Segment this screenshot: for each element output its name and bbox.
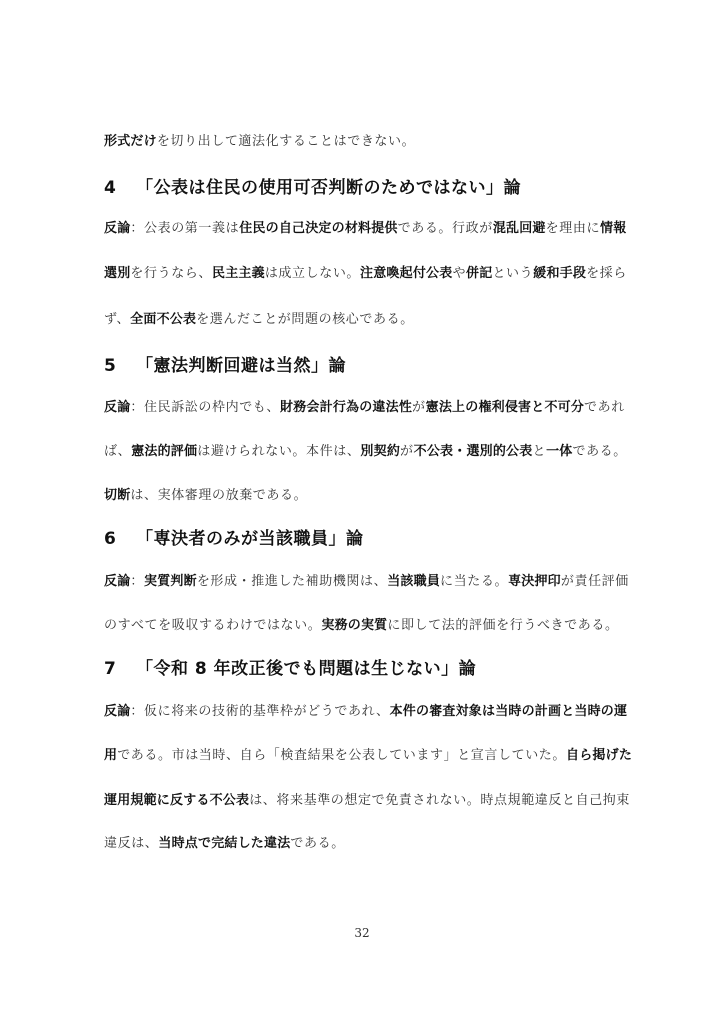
body-text: は、将来基準の想定で免責されない。時点規範違反と自己拘束 <box>249 793 630 808</box>
emphasis-text: 一体 <box>546 444 572 459</box>
section-number: 6 <box>104 529 136 549</box>
section-title: 「憲法判断回避は当然」論 <box>136 356 346 376</box>
body-text: ず、 <box>104 312 130 327</box>
section-heading-7: 7「令和 8 年改正後でも問題は生じない」論 <box>104 659 476 679</box>
emphasis-text: 別契約 <box>360 444 400 459</box>
emphasis-text: 民主主義 <box>212 266 265 281</box>
body-text: を理由に <box>546 221 600 236</box>
emphasis-text: 選別 <box>104 266 130 281</box>
body-text: ：仮に将来の技術的基準枠がどうであれ、 <box>130 704 389 719</box>
body-text: のすべてを吸収するわけではない。 <box>104 618 321 633</box>
body-line: 運用規範に反する不公表は、将来基準の想定で免責されない。時点規範違反と自己拘束 <box>104 793 624 809</box>
emphasis-text: 反論 <box>104 400 130 415</box>
emphasis-text: 反論 <box>104 574 130 589</box>
emphasis-text: 憲法的評価 <box>131 444 197 459</box>
body-text: や <box>452 266 466 281</box>
section-number: 4 <box>104 178 136 198</box>
emphasis-text: 不公表・選別的公表 <box>414 444 533 459</box>
body-text: が <box>400 444 414 459</box>
intro-line: 形式だけを切り出して適法化することはできない。 <box>104 134 624 150</box>
emphasis-text: 専決押印 <box>508 574 561 589</box>
body-text: である。 <box>290 836 344 851</box>
body-text: である。行政が <box>398 221 493 236</box>
emphasis-text: 当時点で完結した違法 <box>158 836 290 851</box>
body-text: と <box>532 444 546 459</box>
emphasis-text: 併記 <box>466 266 492 281</box>
body-line: ず、全面不公表を選んだことが問題の核心である。 <box>104 312 624 328</box>
body-text: を採ら <box>586 266 627 281</box>
section-number: 7 <box>104 659 136 679</box>
emphasis-text: 注意喚起付公表 <box>360 266 452 281</box>
emphasis-text: 反論 <box>104 221 130 236</box>
section-heading-6: 6「専決者のみが当該職員」論 <box>104 529 364 549</box>
body-text: ：公表の第一義は <box>130 221 239 236</box>
emphasis-text: 形式だけ <box>104 134 157 149</box>
emphasis-text: 全面不公表 <box>130 312 196 327</box>
body-line: 反論：住民訴訟の枠内でも、財務会計行為の違法性が憲法上の権利侵害と不可分であれ <box>104 400 624 416</box>
body-line: 選別を行うなら、民主主義は成立しない。注意喚起付公表や併記という緩和手段を採ら <box>104 266 624 282</box>
body-line: のすべてを吸収するわけではない。実務の実質に即して法的評価を行うべきである。 <box>104 618 624 634</box>
body-text: を行うなら、 <box>130 266 212 281</box>
emphasis-text: 情報 <box>600 221 626 236</box>
emphasis-text: 緩和手段 <box>533 266 586 281</box>
emphasis-text: 実務の実質 <box>321 618 387 633</box>
emphasis-text: 本件の審査対象は当時の計画と当時の運 <box>390 704 628 719</box>
emphasis-text: 当該職員 <box>387 574 440 589</box>
section-title: 「令和 8 年改正後でも問題は生じない」論 <box>136 659 476 679</box>
body-text: ：住民訴訟の枠内でも、 <box>130 400 280 415</box>
body-text: に当たる。 <box>440 574 508 589</box>
body-text: を切り出して適法化することはできない。 <box>157 134 415 149</box>
body-text: は、実体審理の放棄である。 <box>130 488 307 503</box>
body-text: という <box>492 266 533 281</box>
section-title: 「専決者のみが当該職員」論 <box>136 529 364 549</box>
body-text: に即して法的評価を行うべきである。 <box>387 618 618 633</box>
emphasis-text: 実質判断 <box>144 574 197 589</box>
body-text: は避けられない。本件は、 <box>197 444 360 459</box>
body-text: を選んだことが問題の核心である。 <box>196 312 414 327</box>
emphasis-text: 反論 <box>104 704 130 719</box>
body-text: である。 <box>572 444 626 459</box>
body-line: 違反は、当時点で完結した違法である。 <box>104 836 624 852</box>
emphasis-text: 混乱回避 <box>493 221 546 236</box>
body-text: が責任評価 <box>561 574 629 589</box>
body-text: であれ <box>584 400 625 415</box>
body-line: 反論：仮に将来の技術的基準枠がどうであれ、本件の審査対象は当時の計画と当時の運 <box>104 704 624 720</box>
body-text: を形成・推進した補助機関は、 <box>197 574 387 589</box>
body-line: 反論：公表の第一義は住民の自己決定の材料提供である。行政が混乱回避を理由に情報 <box>104 221 624 237</box>
emphasis-text: 切断 <box>104 488 130 503</box>
body-text: ： <box>130 574 144 589</box>
body-line: 反論：実質判断を形成・推進した補助機関は、当該職員に当たる。専決押印が責任評価 <box>104 574 624 590</box>
page-number: 32 <box>0 926 724 940</box>
section-heading-4: 4「公表は住民の使用可否判断のためではない」論 <box>104 178 521 198</box>
body-line: 用である。市は当時、自ら「検査結果を公表しています」と宣言していた。自ら掲げた <box>104 748 624 764</box>
section-heading-5: 5「憲法判断回避は当然」論 <box>104 356 346 376</box>
body-text: である。市は当時、自ら「検査結果を公表しています」と宣言していた。 <box>117 748 566 763</box>
section-title: 「公表は住民の使用可否判断のためではない」論 <box>136 178 521 198</box>
body-line: 切断は、実体審理の放棄である。 <box>104 488 624 504</box>
body-text: 違反は、 <box>104 836 158 851</box>
emphasis-text: 自ら掲げた <box>566 748 632 763</box>
section-number: 5 <box>104 356 136 376</box>
body-text: が <box>412 400 426 415</box>
emphasis-text: 用 <box>104 748 117 763</box>
body-text: ば、 <box>104 444 131 459</box>
body-line: ば、憲法的評価は避けられない。本件は、別契約が不公表・選別的公表と一体である。 <box>104 444 624 460</box>
emphasis-text: 憲法上の権利侵害と不可分 <box>426 400 584 415</box>
emphasis-text: 住民の自己決定の材料提供 <box>239 221 397 236</box>
emphasis-text: 財務会計行為の違法性 <box>280 400 412 415</box>
emphasis-text: 運用規範に反する不公表 <box>104 793 249 808</box>
body-text: は成立しない。 <box>265 266 360 281</box>
